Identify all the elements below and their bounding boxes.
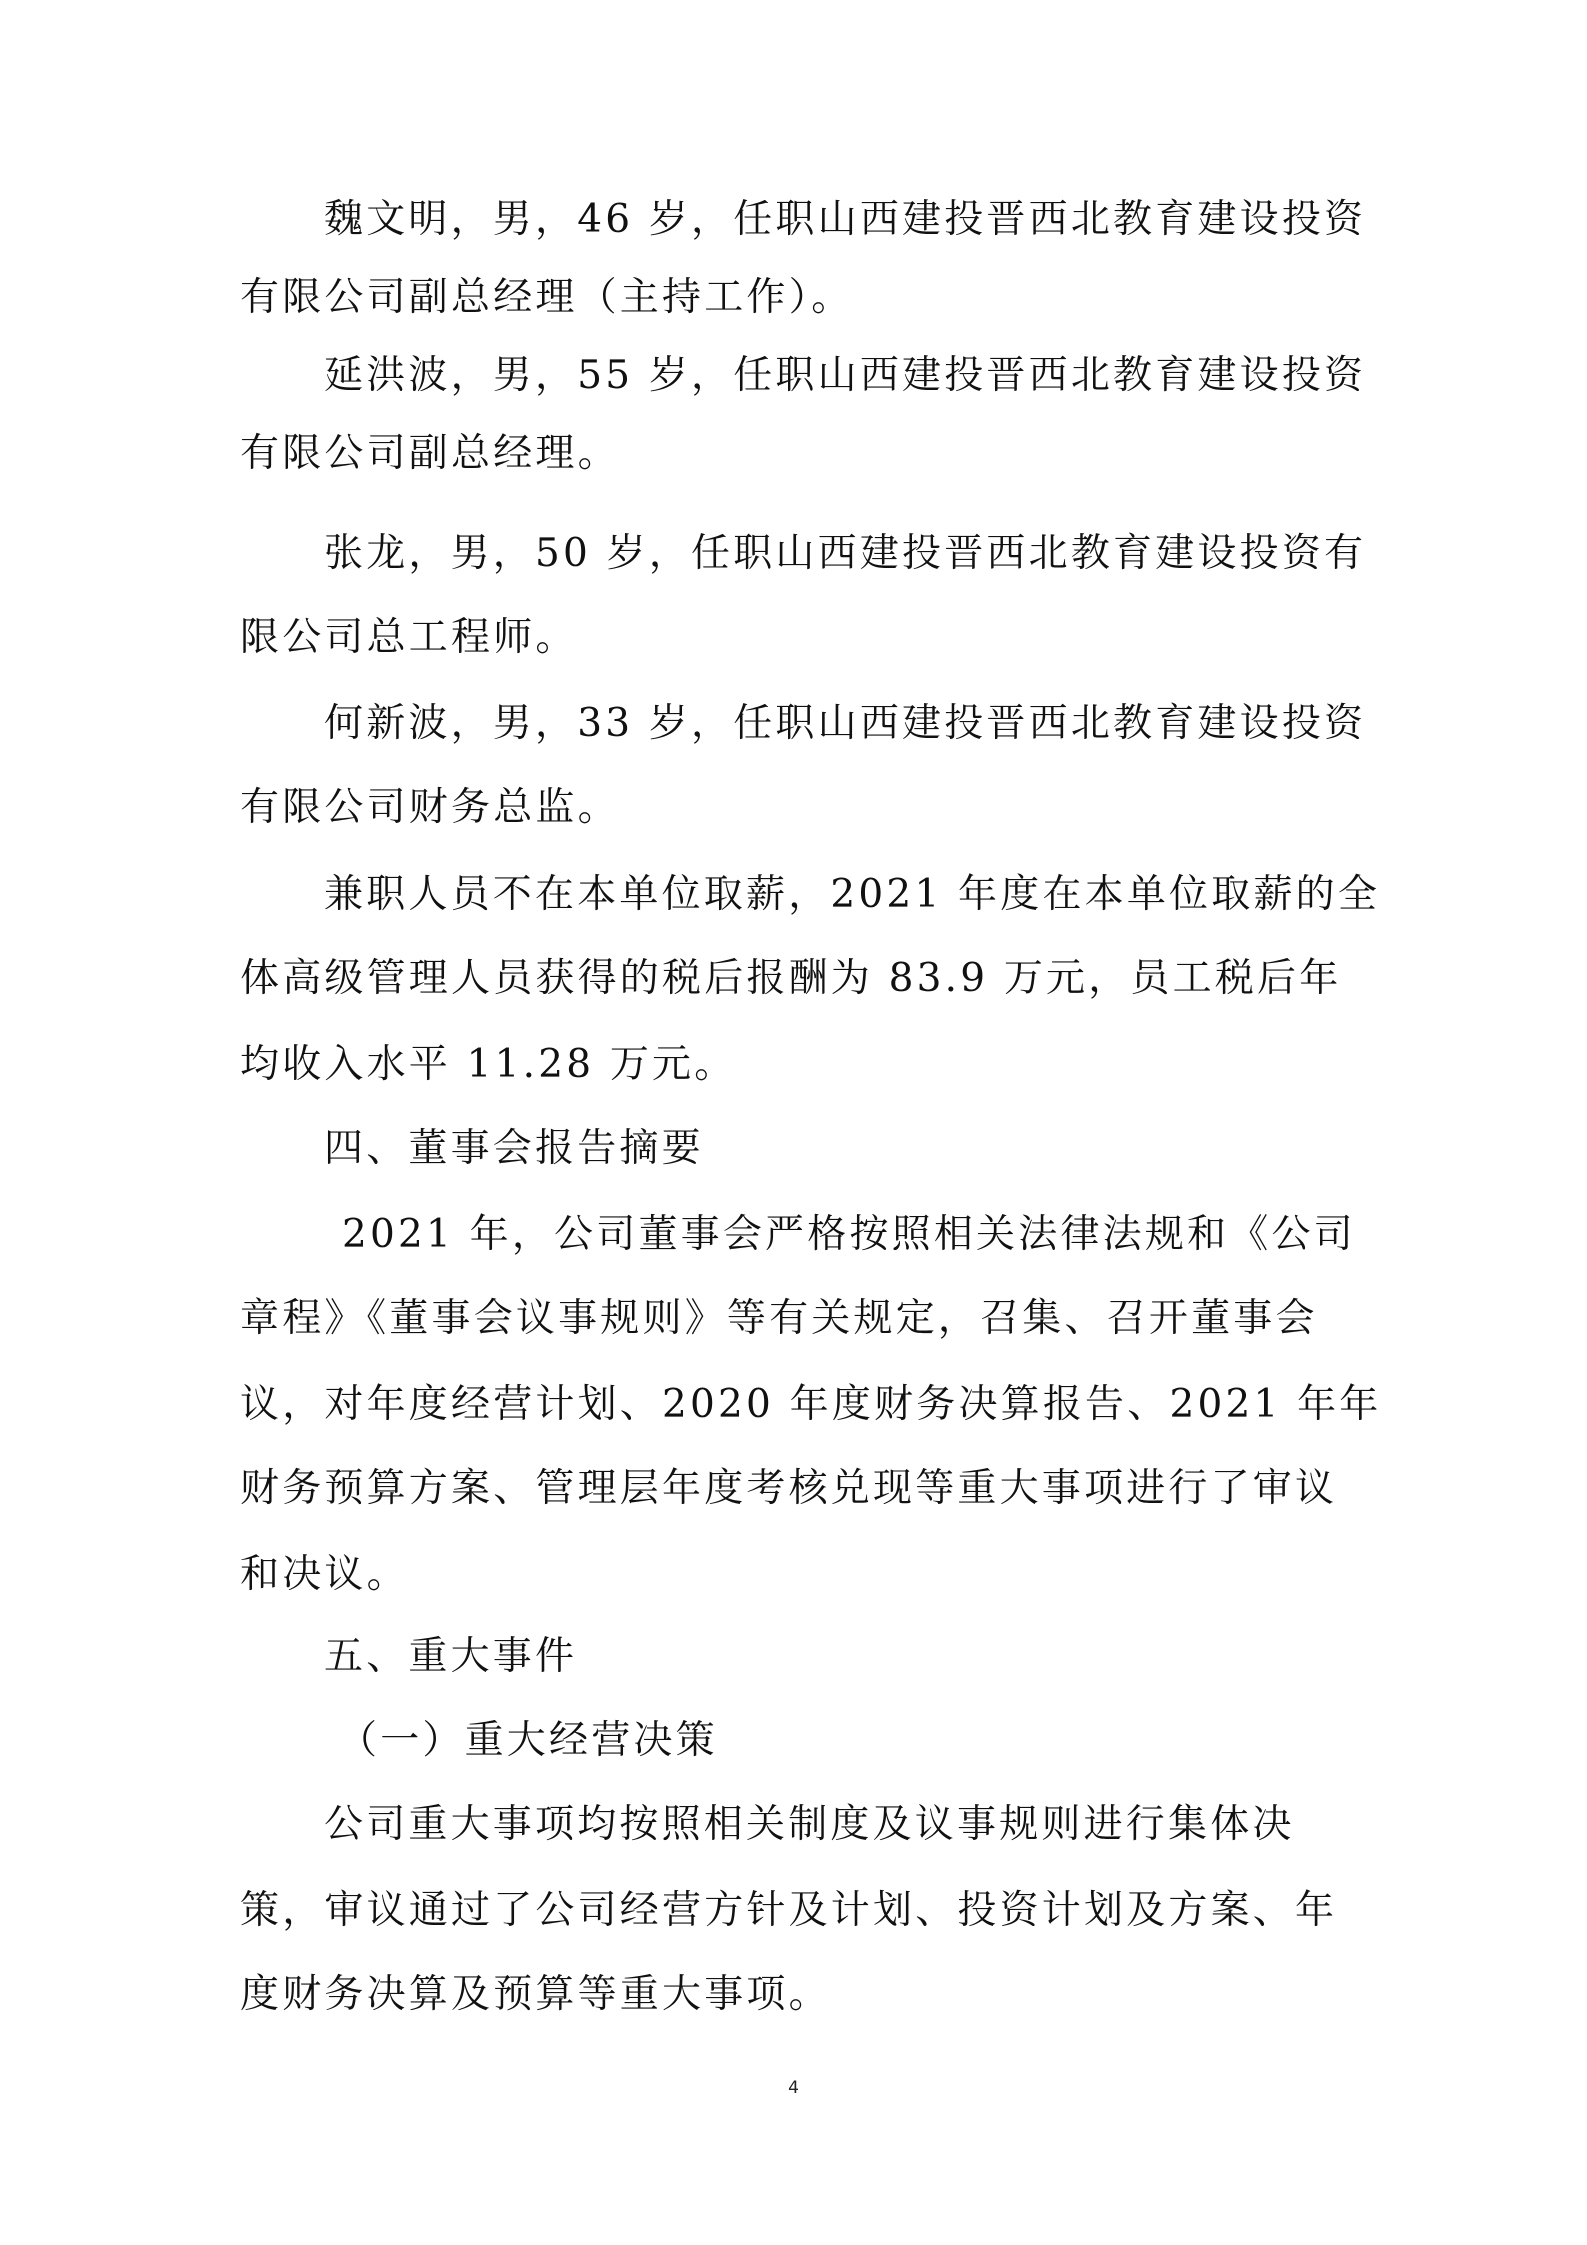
compensation-line-2: 体高级管理人员获得的税后报酬为 83.9 万元，员工税后年 <box>240 954 1341 1004</box>
subsection-1-line-1: 公司重大事项均按照相关制度及议事规则进行集体决 <box>324 1800 1295 1850</box>
personnel-2-line-2: 有限公司副总经理。 <box>240 429 620 479</box>
subsection-1-heading: （一）重大经营决策 <box>338 1716 718 1766</box>
page-number: 4 <box>0 2078 1587 2098</box>
personnel-1-line-2: 有限公司副总经理（主持工作）。 <box>240 273 854 323</box>
personnel-4-line-2: 有限公司财务总监。 <box>240 783 620 833</box>
section-4-heading: 四、董事会报告摘要 <box>324 1124 704 1174</box>
section-4-line-4: 财务预算方案、管理层年度考核兑现等重大事项进行了审议 <box>240 1464 1337 1514</box>
section-4-line-5: 和决议。 <box>240 1550 409 1600</box>
section-4-line-1: 2021 年，公司董事会严格按照相关法律法规和《公司 <box>342 1210 1356 1260</box>
personnel-3-line-1: 张龙，男，50 岁，任职山西建投晋西北教育建设投资有 <box>324 529 1366 579</box>
compensation-line-1: 兼职人员不在本单位取薪，2021 年度在本单位取薪的全 <box>324 870 1380 920</box>
subsection-1-line-3: 度财务决算及预算等重大事项。 <box>240 1970 831 2020</box>
section-4-line-2: 章程》《董事会议事规则》等有关规定，召集、召开董事会 <box>240 1294 1318 1344</box>
personnel-3-line-2: 限公司总工程师。 <box>240 613 578 663</box>
compensation-line-3: 均收入水平 11.28 万元。 <box>240 1040 736 1090</box>
personnel-4-line-1: 何新波，男，33 岁，任职山西建投晋西北教育建设投资 <box>324 699 1366 749</box>
personnel-1-line-1: 魏文明，男，46 岁，任职山西建投晋西北教育建设投资 <box>324 195 1366 245</box>
section-5-heading: 五、重大事件 <box>324 1632 577 1682</box>
subsection-1-line-2: 策，审议通过了公司经营方针及计划、投资计划及方案、年 <box>240 1886 1337 1936</box>
section-4-line-3: 议，对年度经营计划、2020 年度财务决算报告、2021 年年 <box>240 1380 1382 1430</box>
personnel-2-line-1: 延洪波，男，55 岁，任职山西建投晋西北教育建设投资 <box>324 351 1366 401</box>
